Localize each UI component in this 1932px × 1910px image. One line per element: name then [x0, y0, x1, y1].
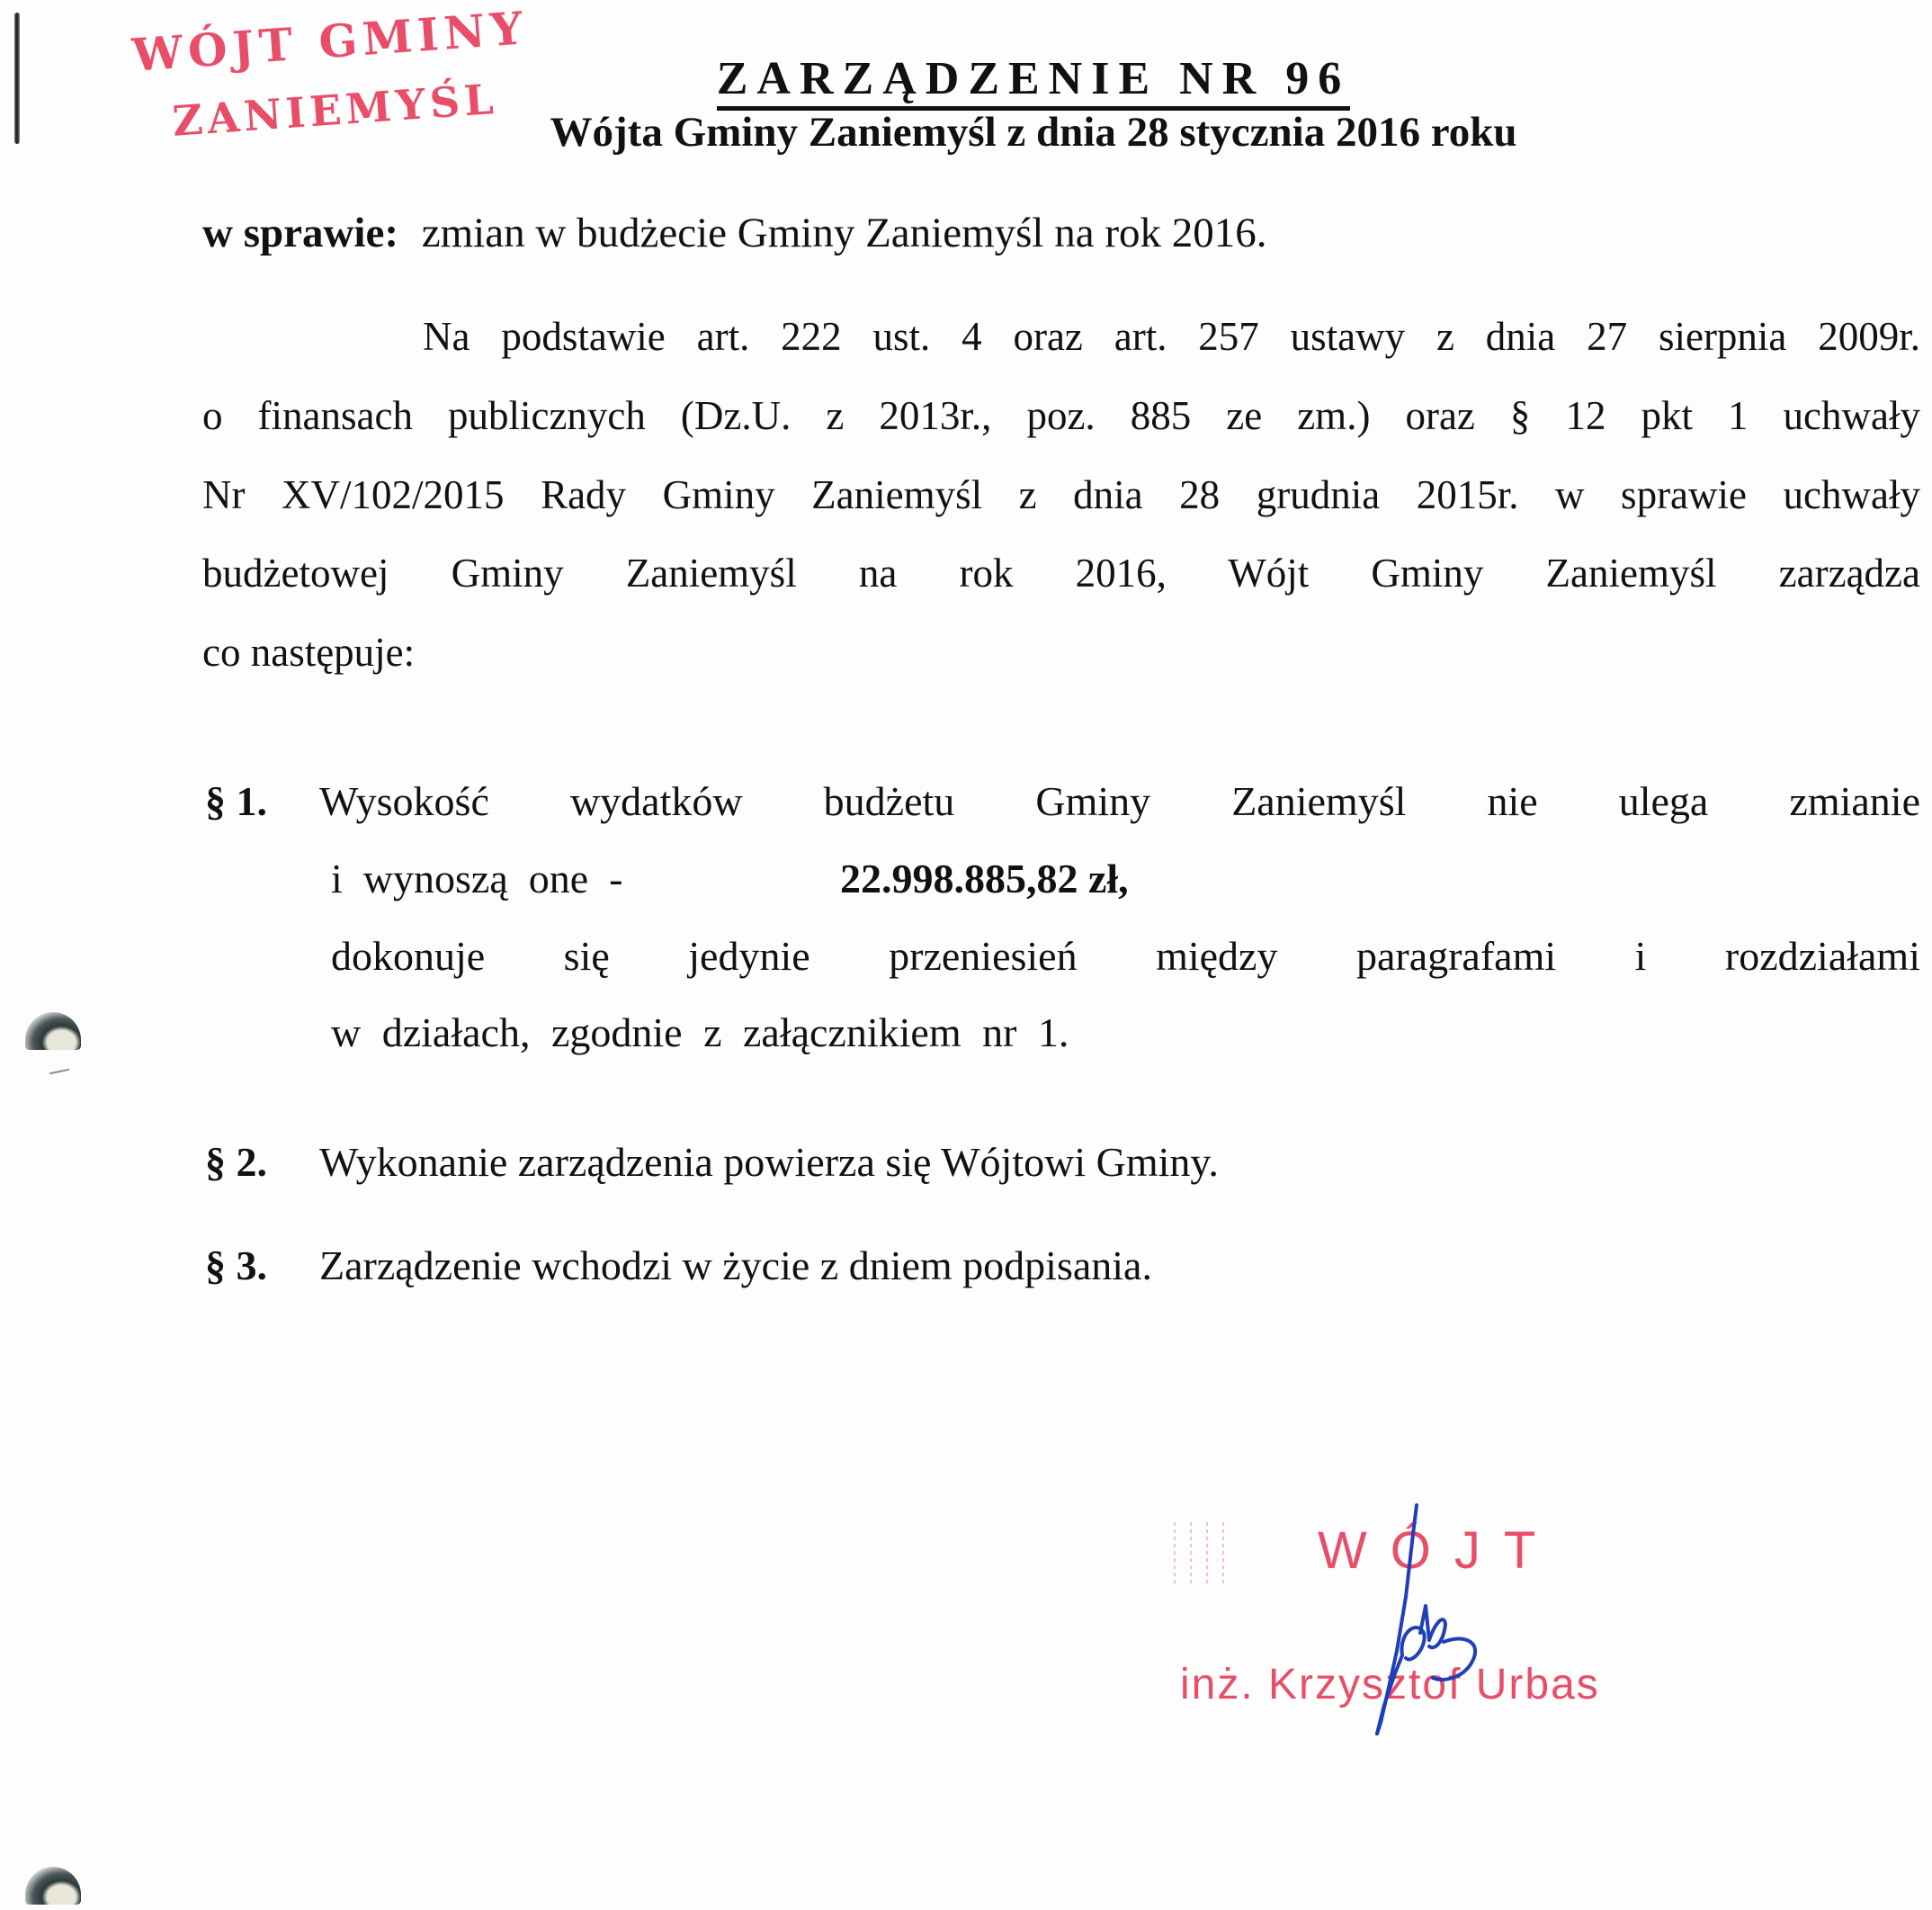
handwritten-signature-icon — [1309, 1498, 1498, 1741]
stamp-ink-marks — [1174, 1520, 1237, 1583]
punch-hole-icon — [25, 1867, 81, 1905]
section-1-line: w działach, zgodnie z załącznikiem nr 1. — [331, 1009, 1069, 1056]
section-1-number: § 1. — [205, 777, 267, 825]
preamble-line: Na podstawie art. 222 ust. 4 oraz art. 2… — [423, 313, 1920, 360]
preamble-line: budżetowej Gminy Zaniemyśl na rok 2016, … — [202, 550, 1920, 596]
section-1-line: Wysokość wydatków budżetu Gminy Zaniemyś… — [319, 777, 1920, 825]
section-2-text: Wykonanie zarządzenia powierza się Wójto… — [319, 1138, 1219, 1186]
section-3-text: Zarządzenie wchodzi w życie z dniem podp… — [319, 1242, 1152, 1289]
total-expenditure-amount: 22.998.885,82 zł, — [840, 856, 1129, 901]
section-1-line: dokonuje się jedynie przeniesień między … — [331, 932, 1920, 980]
subject-text: zmian w budżecie Gminy Zaniemyśl na rok … — [422, 210, 1267, 256]
section-3-number: § 3. — [205, 1242, 267, 1289]
punch-hole-icon — [25, 1012, 81, 1050]
preamble-line: Nr XV/102/2015 Rady Gminy Zaniemyśl z dn… — [202, 471, 1920, 518]
document-title: ZARZĄDZENIE NR 96 — [0, 52, 1932, 105]
section-1-amount-line: i wynoszą one - 22.998.885,82 zł, — [331, 855, 1129, 902]
subject-label: w sprawie: — [202, 210, 398, 256]
scan-artifact — [49, 1069, 69, 1075]
document-title-text: ZARZĄDZENIE NR 96 — [717, 53, 1351, 111]
preamble-line: co następuje: — [202, 629, 1920, 676]
section-2-number: § 2. — [205, 1138, 267, 1186]
preamble-line: o finansach publicznych (Dz.U. z 2013r.,… — [202, 392, 1920, 439]
document-subtitle: Wójta Gminy Zaniemyśl z dnia 28 stycznia… — [0, 108, 1932, 157]
subject-line: w sprawie: zmian w budżecie Gminy Zaniem… — [202, 209, 1267, 257]
amount-prefix: i wynoszą one - — [331, 856, 622, 901]
